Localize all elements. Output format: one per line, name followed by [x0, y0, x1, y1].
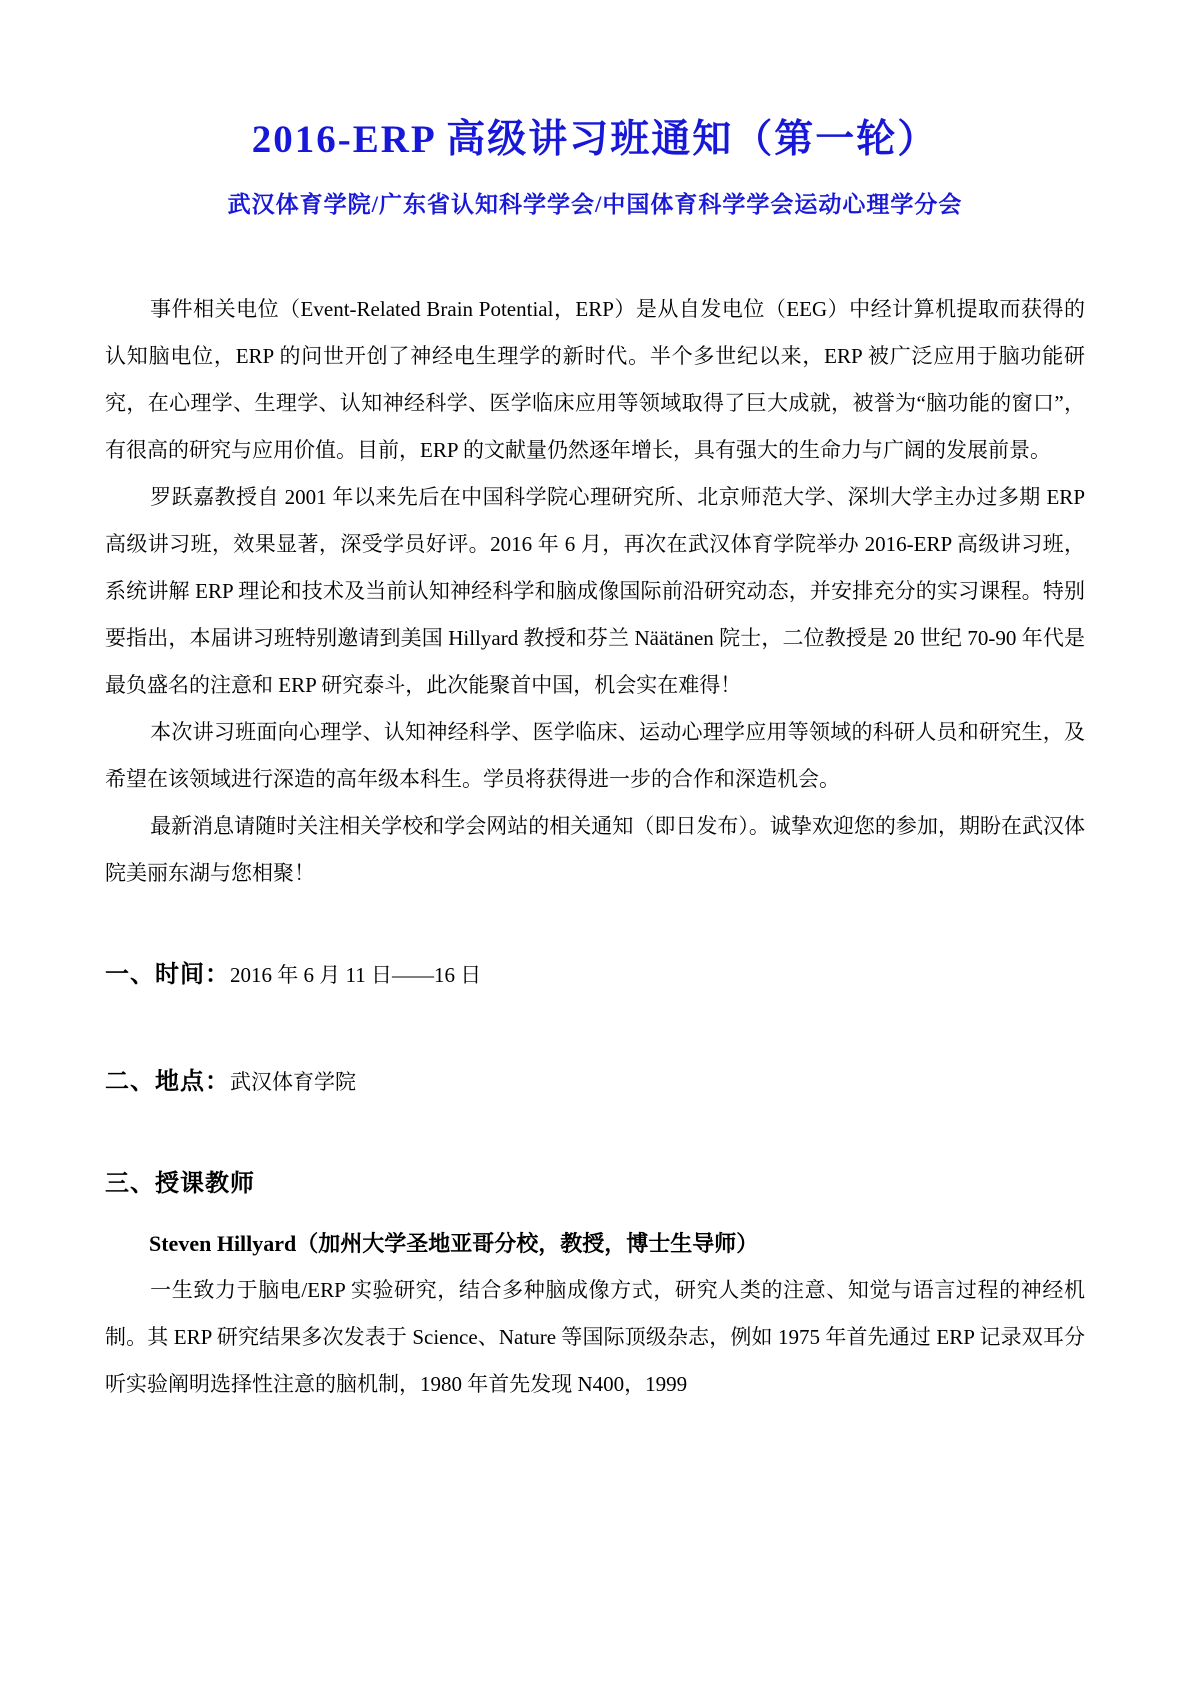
intro-paragraph-history: 罗跃嘉教授自 2001 年以来先后在中国科学院心理研究所、北京师范大学、深圳大学…	[105, 474, 1085, 709]
section-time: 一、时间：2016 年 6 月 11 日——16 日	[105, 952, 1085, 999]
section-location: 二、地点：武汉体育学院	[105, 1059, 1085, 1106]
section-time-value: 2016 年 6 月 11 日——16 日	[230, 963, 481, 987]
intro-paragraph-audience: 本次讲习班面向心理学、认知神经科学、医学临床、运动心理学应用等领域的科研人员和研…	[105, 709, 1085, 803]
intro-paragraph-erp-definition: 事件相关电位（Event-Related Brain Potential，ERP…	[105, 286, 1085, 474]
section-location-value: 武汉体育学院	[230, 1070, 356, 1094]
page-title: 2016-ERP 高级讲习班通知（第一轮）	[105, 112, 1085, 168]
document-page: 2016-ERP 高级讲习班通知（第一轮） 武汉体育学院/广东省认知科学学会/中…	[0, 0, 1190, 1683]
section-teachers-heading: 三、授课教师	[105, 1171, 255, 1197]
section-teachers: 三、授课教师	[105, 1161, 1085, 1208]
section-time-heading: 一、时间：	[105, 962, 230, 988]
intro-paragraph-welcome: 最新消息请随时关注相关学校和学会网站的相关通知（即日发布）。诚挚欢迎您的参加，期…	[105, 803, 1085, 897]
teacher-bio-hillyard: 一生致力于脑电/ERP 实验研究，结合多种脑成像方式，研究人类的注意、知觉与语言…	[105, 1267, 1085, 1408]
teacher-name-hillyard: Steven Hillyard（加州大学圣地亚哥分校，教授，博士生导师）	[105, 1220, 1085, 1267]
page-subtitle: 武汉体育学院/广东省认知科学学会/中国体育科学学会运动心理学分会	[105, 188, 1085, 222]
intro-text: 事件相关电位（Event-Related Brain Potential，ERP…	[105, 286, 1085, 897]
section-location-heading: 二、地点：	[105, 1069, 230, 1095]
